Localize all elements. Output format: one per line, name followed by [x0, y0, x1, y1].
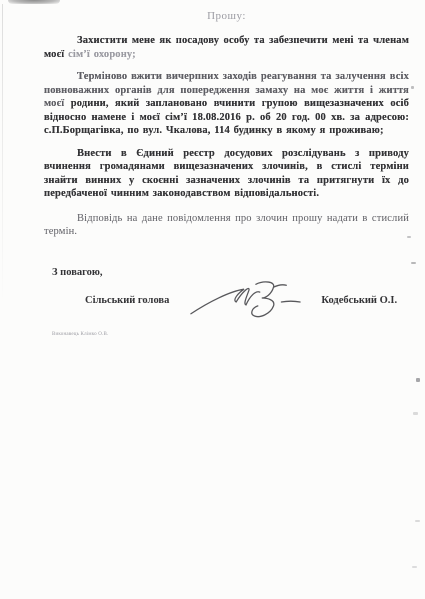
scanned-letter-page: Прошу: Захистити мене як посадову особу … — [0, 0, 425, 599]
closing-block: З повагою, Сільський голова Кодебський О… — [44, 266, 409, 338]
letter-body: Прошу: Захистити мене як посадову особу … — [44, 10, 409, 338]
request-heading: Прошу: — [44, 10, 409, 23]
urgent-measures-paragraph-main: родини, який заплановано вчинити групою … — [44, 98, 409, 136]
scan-speck — [411, 262, 416, 264]
signer-name: Кодебський О.І. — [321, 295, 397, 306]
response-request-paragraph: Відповідь на дане повідомлення про злочи… — [44, 212, 409, 239]
scan-speck — [416, 378, 420, 382]
scan-speck — [415, 520, 420, 522]
protection-paragraph-faded: сім’ї охорону; — [68, 49, 136, 60]
scan-speck — [413, 412, 418, 415]
scan-speck — [411, 86, 414, 89]
urgent-measures-paragraph: Терміново вжити вичерпних заходів реагув… — [44, 70, 409, 138]
signature-row: Сільський голова Кодебський О.І. — [44, 286, 409, 316]
scan-edge-artifact — [2, 4, 3, 304]
signer-title: Сільський голова — [85, 295, 169, 306]
scan-smudge-top — [8, 0, 60, 4]
scan-speck — [412, 566, 417, 568]
registry-paragraph: Внести в Єдиний реєстр досудових розслід… — [44, 147, 409, 201]
handwritten-signature — [187, 278, 305, 322]
protection-paragraph: Захистити мене як посадову особу та забе… — [44, 34, 409, 61]
executor-note: Виконавець Клімко О.В. — [52, 332, 409, 338]
